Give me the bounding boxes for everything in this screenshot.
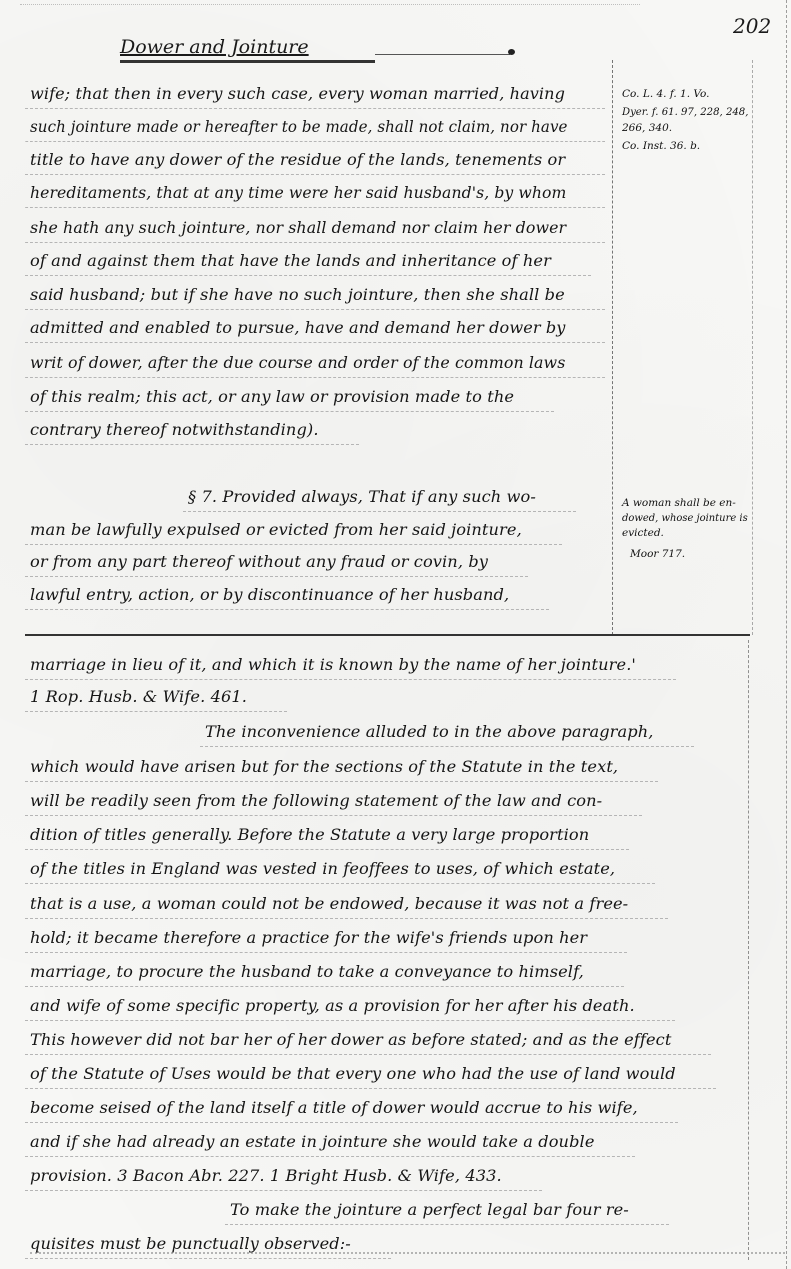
text-line: which would have arisen but for the sect… <box>30 757 618 776</box>
text-line: become seised of the land itself a title… <box>30 1098 638 1117</box>
margin-note: evicted. <box>622 527 664 539</box>
text-line: hereditaments, that at any time were her… <box>30 183 566 202</box>
text-line: and if she had already an estate in join… <box>30 1132 595 1151</box>
margin-note: Moor 717. <box>630 548 685 560</box>
text-line: admitted and enabled to pursue, have and… <box>30 318 565 337</box>
text-line: quisites must be punctually observed:- <box>30 1234 351 1253</box>
text-line: man be lawfully expulsed or evicted from… <box>30 520 522 539</box>
section-heading-line: § 7. Provided always, That if any such w… <box>188 487 536 506</box>
text-line: title to have any dower of the residue o… <box>30 150 565 169</box>
margin-note: A woman shall be en- <box>622 497 736 509</box>
text-line: hold; it became therefore a practice for… <box>30 928 587 947</box>
text-line: she hath any such jointure, nor shall de… <box>30 218 566 237</box>
text-line: will be readily seen from the following … <box>30 791 602 810</box>
text-line: writ of dower, after the due course and … <box>30 353 565 372</box>
text-line: contrary thereof notwithstanding). <box>30 420 319 439</box>
text-line: of and against them that have the lands … <box>30 251 551 270</box>
text-line: that is a use, a woman could not be endo… <box>30 894 628 913</box>
text-line: This however did not bar her of her dowe… <box>30 1030 671 1049</box>
heading-underline <box>120 60 375 63</box>
text-line: marriage in lieu of it, and which it is … <box>30 655 636 674</box>
text-line: marriage, to procure the husband to take… <box>30 962 584 981</box>
section-divider <box>25 634 750 636</box>
text-line: of the Statute of Uses would be that eve… <box>30 1064 676 1083</box>
citation-line: provision. 3 Bacon Abr. 227. 1 Bright Hu… <box>30 1166 502 1185</box>
text-line: or from any part thereof without any fra… <box>30 552 488 571</box>
page-heading: Dower and Jointure <box>120 36 309 58</box>
text-line: lawful entry, action, or by discontinuan… <box>30 585 509 604</box>
ink-blot <box>508 49 515 55</box>
heading-rule <box>375 54 510 55</box>
page-number: 202 <box>733 14 771 38</box>
margin-rule-left <box>612 60 614 635</box>
text-line: said husband; but if she have no such jo… <box>30 285 565 304</box>
margin-rule-lower <box>748 640 750 1260</box>
paragraph-start: The inconvenience alluded to in the abov… <box>205 722 654 741</box>
text-line: dition of titles generally. Before the S… <box>30 825 589 844</box>
margin-rule-right <box>752 60 754 635</box>
margin-note: Dyer. f. 61. 97, 228, 248, <box>622 106 748 118</box>
page-edge <box>786 0 789 1269</box>
text-line: of this realm; this act, or any law or p… <box>30 387 514 406</box>
scan-noise-top <box>20 4 640 7</box>
margin-note: Co. L. 4. f. 1. Vo. <box>622 88 710 100</box>
margin-note: 266, 340. <box>622 122 672 134</box>
text-line: and wife of some specific property, as a… <box>30 996 635 1015</box>
citation-line: 1 Rop. Husb. & Wife. 461. <box>30 687 247 706</box>
text-line: wife; that then in every such case, ever… <box>30 84 565 103</box>
text-line: such jointure made or hereafter to be ma… <box>30 117 568 136</box>
text-line: of the titles in England was vested in f… <box>30 859 615 878</box>
margin-note: dowed, whose jointure is <box>622 512 748 524</box>
manuscript-page: 202 Dower and Jointure wife; that then i… <box>0 0 791 1269</box>
paragraph-start: To make the jointure a perfect legal bar… <box>230 1200 629 1219</box>
margin-note: Co. Inst. 36. b. <box>622 140 700 152</box>
